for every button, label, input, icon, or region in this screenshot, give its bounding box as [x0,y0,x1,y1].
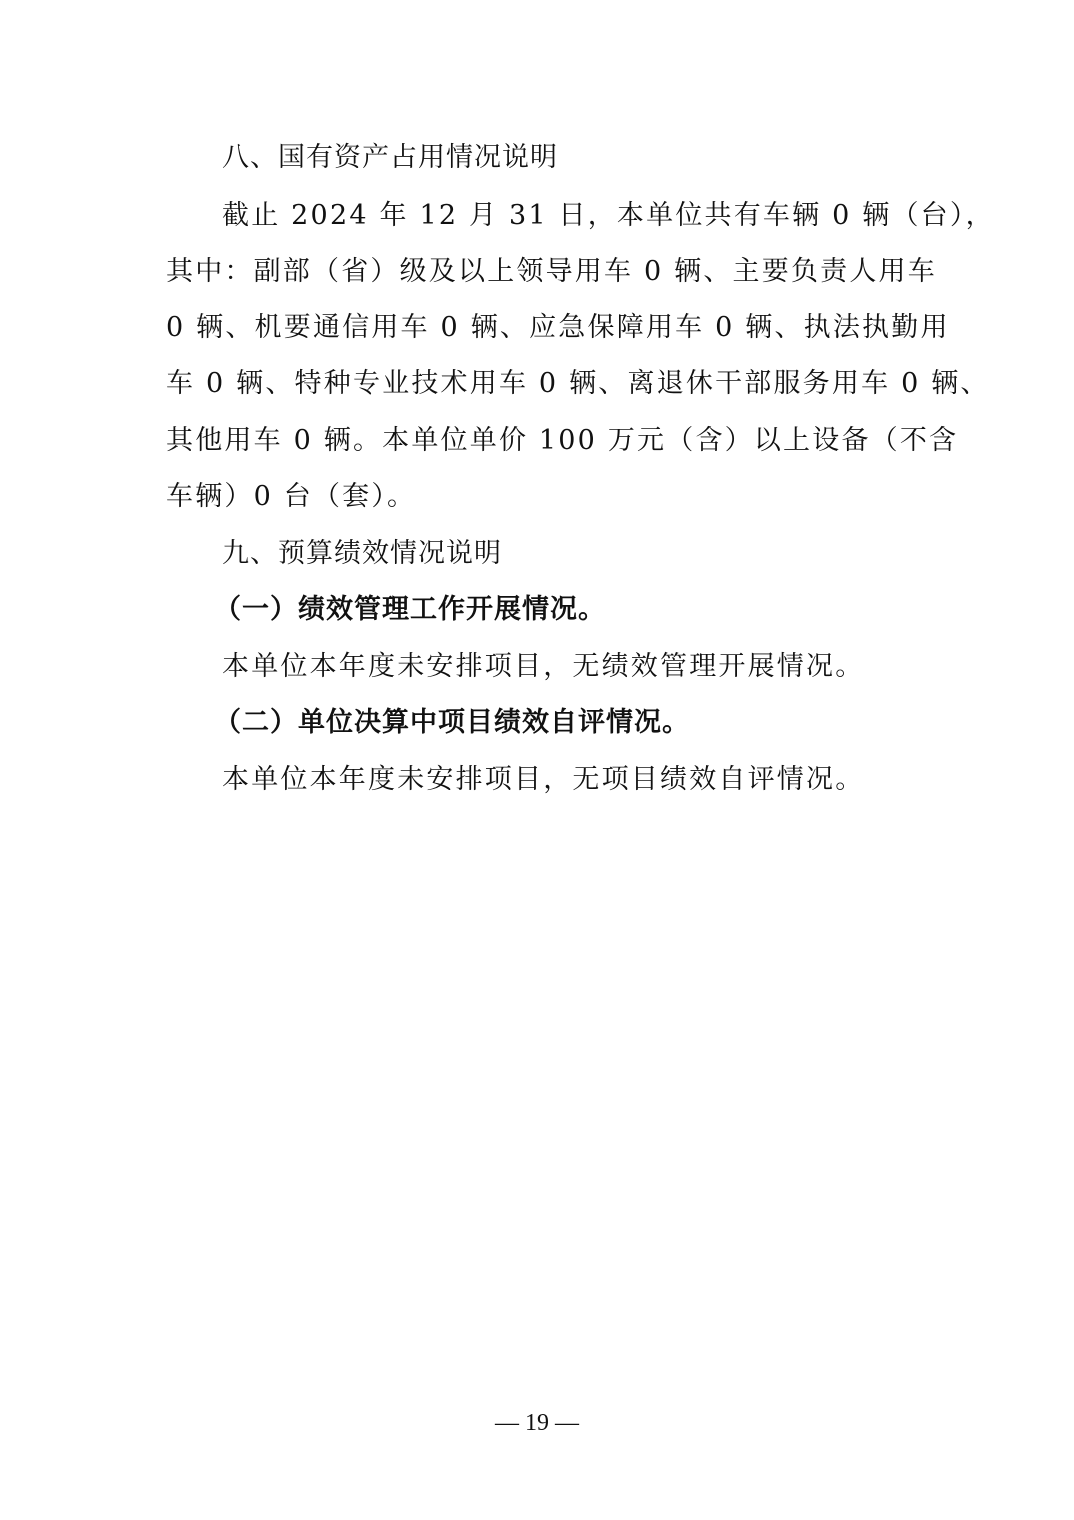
section-8-paragraph-line-1: 截止 2024 年 12 月 31 日，本单位共有车辆 0 辆（台）， [222,200,912,232]
section-8-paragraph-line-2: 其中：副部（省）级及以上领导用车 0 辆、主要负责人用车 [166,256,912,288]
section-8-paragraph-line-4: 车 0 辆、特种专业技术用车 0 辆、离退休干部服务用车 0 辆、 [166,368,912,400]
subsection-1-heading: （一）绩效管理工作开展情况。 [214,594,606,626]
section-8-heading: 八、国有资产占用情况说明 [222,142,558,174]
section-8-paragraph-line-3: 0 辆、机要通信用车 0 辆、应急保障用车 0 辆、执法执勤用 [166,312,912,344]
section-9-heading: 九、预算绩效情况说明 [222,538,502,570]
section-8-paragraph-line-6: 车辆）0 台（套）。 [166,481,416,513]
subsection-1-text: 本单位本年度未安排项目，无绩效管理开展情况。 [222,651,864,683]
subsection-2-heading: （二）单位决算中项目绩效自评情况。 [214,707,690,739]
page-number: — 19 — [0,1410,1074,1437]
subsection-2-text: 本单位本年度未安排项目，无项目绩效自评情况。 [222,764,864,796]
section-8-paragraph-line-5: 其他用车 0 辆。本单位单价 100 万元（含）以上设备（不含 [166,425,912,457]
